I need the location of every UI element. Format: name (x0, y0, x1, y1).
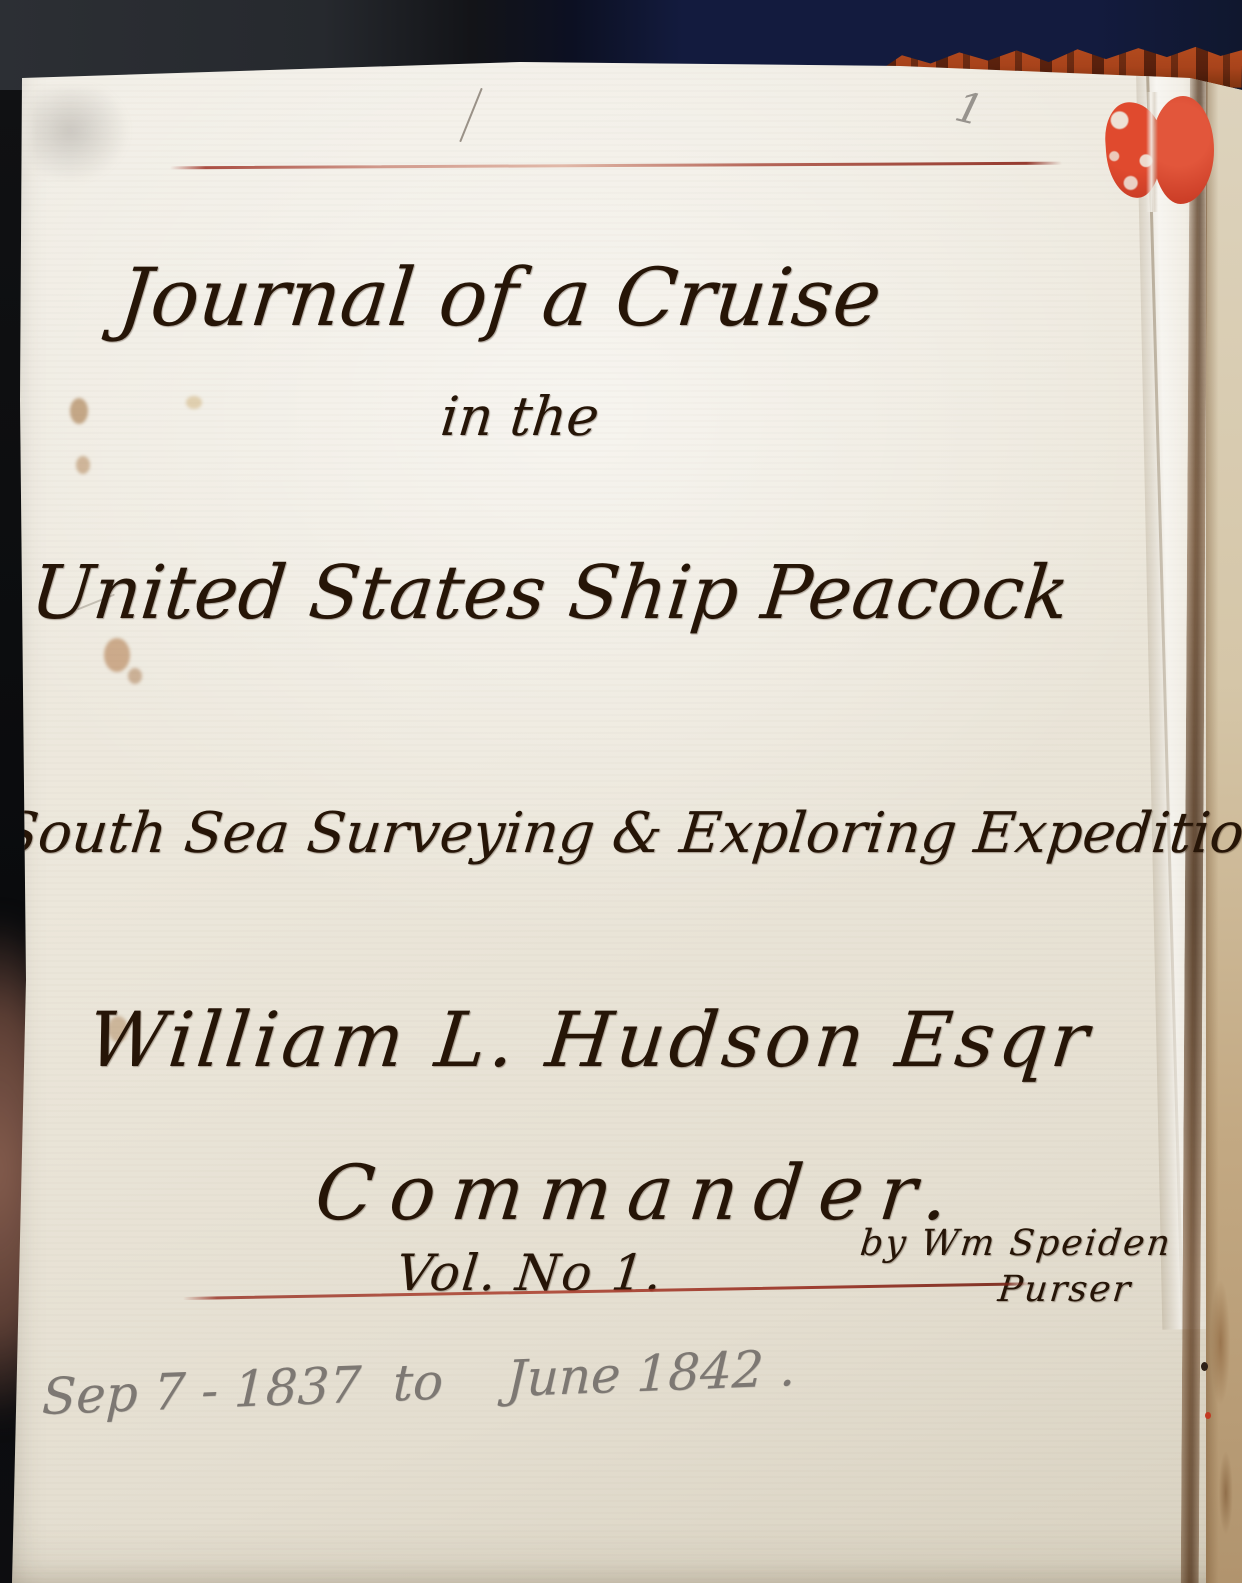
manuscript-title-page: 1 Journal of a Cruise in the United Stat… (0, 0, 1242, 1583)
binding-speck (1201, 1362, 1208, 1371)
title-line-expedition: South Sea Surveying & Exploring Expediti… (0, 806, 1223, 862)
title-line-commander: Commander. (196, 1155, 1084, 1231)
title-line-ship: United States Ship Peacock (0, 556, 1104, 630)
foxing-stain (128, 668, 142, 684)
red-wax-seal (1098, 92, 1216, 212)
title-line-journal: Journal of a Cruise (16, 258, 984, 338)
wax-seal-fold-line (1146, 92, 1158, 212)
manuscript-photo: 1 Journal of a Cruise in the United Stat… (0, 0, 1242, 1583)
signature-by: by Wm Speiden (854, 1226, 1178, 1262)
title-line-in-the: in the (0, 390, 1043, 444)
wax-seal-right-blob (1152, 96, 1214, 204)
foxing-stain (76, 456, 90, 474)
corner-smudge (30, 88, 130, 183)
foxing-stain (104, 638, 130, 672)
binding-speck (1205, 1412, 1211, 1419)
title-line-commander-name: William L. Hudson Esqr (36, 1002, 1144, 1078)
signature-role: Purser (948, 1272, 1182, 1308)
